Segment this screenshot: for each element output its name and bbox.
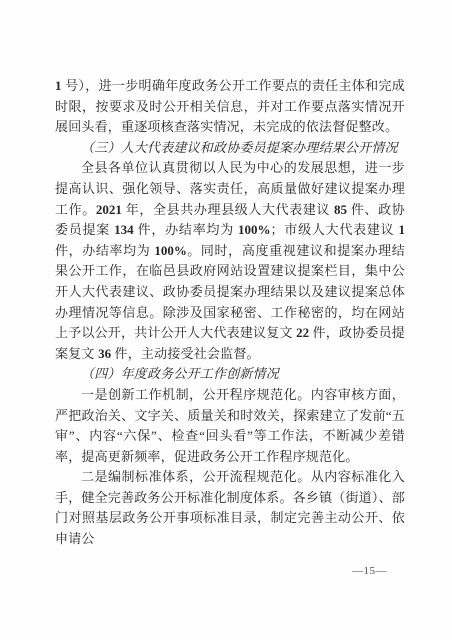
- document-body: 1 号），进一步明确年度政务公开工作要点的责任主体和完成时限，按要求及时公开相关…: [55, 76, 405, 550]
- body-paragraph: 二是编制标准体系，公开流程规范化。从内容标准化入手，健全完善政务公开标准化制度体…: [55, 467, 405, 549]
- page-number: —15—: [352, 565, 387, 577]
- section-heading: （三）人大代表建议和政协委员提案办理结果公开情况: [55, 138, 405, 159]
- document-page: 1 号），进一步明确年度政务公开工作要点的责任主体和完成时限，按要求及时公开相关…: [0, 0, 452, 640]
- body-paragraph: 一是创新工作机制，公开程序规范化。内容审核方面，严把政治关、文字关、质量关和时效…: [55, 385, 405, 467]
- body-paragraph: 1 号），进一步明确年度政务公开工作要点的责任主体和完成时限，按要求及时公开相关…: [55, 76, 405, 138]
- body-paragraph: 全县各单位认真贯彻以人民为中心的发展思想，进一步提高认识、强化领导、落实责任，高…: [55, 158, 405, 364]
- section-heading: （四）年度政务公开工作创新情况: [55, 364, 405, 385]
